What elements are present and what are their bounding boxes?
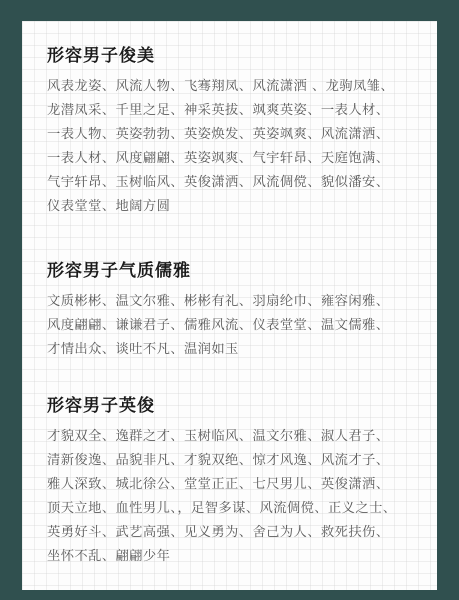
section-title: 形容男子气质儒雅 <box>47 258 427 284</box>
document-card: 形容男子俊美 风表龙姿、风流人物、飞骞翔凤、风流潇洒 、龙驹凤雏、 龙潜凤采、千… <box>22 21 437 590</box>
text-line: 文质彬彬、温文尔雅、彬彬有礼、羽扇纶巾、雍容闲雅、 <box>47 290 427 314</box>
text-line: 才貌双全、逸群之才、玉树临风、温文尔雅、淑人君子、 <box>47 425 427 449</box>
text-line: 风表龙姿、风流人物、飞骞翔凤、风流潇洒 、龙驹凤雏、 <box>47 75 427 99</box>
text-line: 风度翩翩、谦谦君子、儒雅风流、仪表堂堂、温文儒雅、 <box>47 314 427 338</box>
text-line: 坐怀不乱、翩翩少年 <box>47 545 427 569</box>
text-line: 清新俊逸、品貌非凡、才貌双绝、惊才风逸、风流才子、 <box>47 449 427 473</box>
section-title: 形容男子英俊 <box>47 393 427 419</box>
section-title: 形容男子俊美 <box>47 43 427 69</box>
text-line: 雅人深致、城北徐公、堂堂正正、七尺男儿、英俊潇洒、 <box>47 473 427 497</box>
section-body: 文质彬彬、温文尔雅、彬彬有礼、羽扇纶巾、雍容闲雅、 风度翩翩、谦谦君子、儒雅风流… <box>47 290 427 362</box>
text-line: 才情出众、谈吐不凡、温润如玉 <box>47 338 427 362</box>
section-handsome: 形容男子俊美 风表龙姿、风流人物、飞骞翔凤、风流潇洒 、龙驹凤雏、 龙潜凤采、千… <box>47 43 427 219</box>
text-line: 龙潜凤采、千里之足、神采英拔、飒爽英姿、一表人材、 <box>47 99 427 123</box>
text-line: 一表人物、英姿勃勃、英姿焕发、英姿飒爽、风流潇洒、 <box>47 123 427 147</box>
text-line: 气宇轩昂、玉树临风、英俊潇洒、风流倜傥、貌似潘安、 <box>47 171 427 195</box>
text-line: 顶天立地、血性男儿、，足智多谋、风流倜傥、正义之士、 <box>47 497 427 521</box>
text-line: 一表人材、风度翩翩、英姿飒爽、气宇轩昂、天庭饱满、 <box>47 147 427 171</box>
section-body: 风表龙姿、风流人物、飞骞翔凤、风流潇洒 、龙驹凤雏、 龙潜凤采、千里之足、神采英… <box>47 75 427 219</box>
text-line: 仪表堂堂、地阔方圆 <box>47 195 427 219</box>
section-heroic: 形容男子英俊 才貌双全、逸群之才、玉树临风、温文尔雅、淑人君子、 清新俊逸、品貌… <box>47 393 427 569</box>
section-body: 才貌双全、逸群之才、玉树临风、温文尔雅、淑人君子、 清新俊逸、品貌非凡、才貌双绝… <box>47 425 427 569</box>
text-line: 英勇好斗、武艺高强、见义勇为、舍己为人、救死扶伤、 <box>47 521 427 545</box>
section-elegant: 形容男子气质儒雅 文质彬彬、温文尔雅、彬彬有礼、羽扇纶巾、雍容闲雅、 风度翩翩、… <box>47 258 427 362</box>
